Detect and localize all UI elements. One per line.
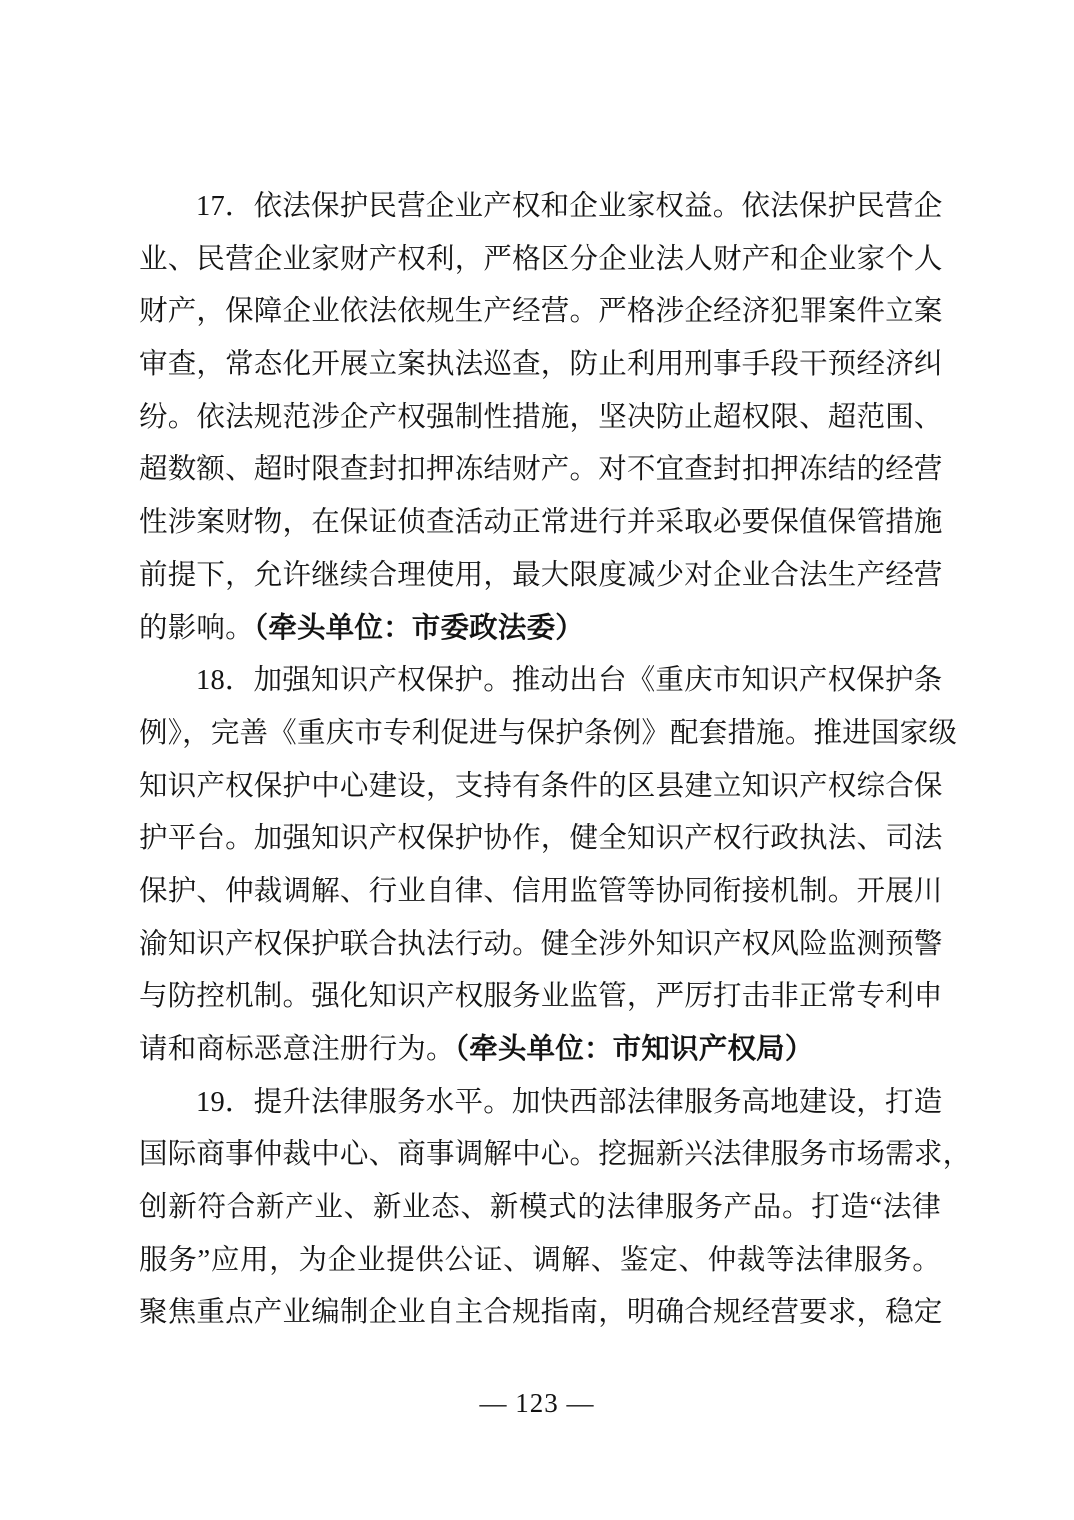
lead-unit-label: （牵头单位：市委政法委）	[254, 613, 584, 644]
text-line: 护平台。加强知识产权保护协作，健全知识产权行政执法、司法	[139, 813, 941, 866]
text-line: 财产，保障企业依法依规生产经营。严格涉企经济犯罪案件立案	[139, 286, 941, 339]
page-number: — 123 —	[0, 1383, 1074, 1423]
text-line: 与防控机制。强化知识产权服务业监管，严厉打击非正常专利申	[139, 971, 941, 1024]
text-line: 创新符合新产业、新业态、新模式的法律服务产品。打造“法律	[139, 1182, 941, 1235]
body-text: 服务”应用，为企业提供公证、调解、鉴定、仲裁等法律服务。	[139, 1245, 941, 1276]
lead-unit-label: （牵头单位：市知识产权局）	[455, 1034, 814, 1065]
body-text: 19．提升法律服务水平。加快西部法律服务高地建设，打造	[139, 1087, 942, 1118]
body-text: 超数额、超时限查封扣押冻结财产。对不宜查封扣押冻结的经营	[139, 454, 943, 485]
text-line: 性涉案财物，在保证侦查活动正常进行并采取必要保值保管措施	[139, 497, 941, 550]
text-line: 的影响。（牵头单位：市委政法委）	[139, 603, 941, 656]
body-text: 财产，保障企业依法依规生产经营。严格涉企经济犯罪案件立案	[139, 296, 943, 327]
text-line: 国际商事仲裁中心、商事调解中心。挖掘新兴法律服务市场需求，	[139, 1129, 941, 1182]
body-text: 保护、仲裁调解、行业自律、信用监管等协同衔接机制。开展川	[139, 876, 943, 907]
body-text: 审查，常态化开展立案执法巡查，防止利用刑事手段干预经济纠	[139, 349, 943, 380]
body-text-block: 17．依法保护民营企业产权和企业家权益。依法保护民营企业、民营企业家财产权利，严…	[139, 181, 941, 1340]
body-text: 国际商事仲裁中心、商事调解中心。挖掘新兴法律服务市场需求，	[139, 1139, 971, 1170]
body-text: 请和商标恶意注册行为。	[139, 1034, 455, 1065]
text-line: 17．依法保护民营企业产权和企业家权益。依法保护民营企	[139, 181, 941, 234]
body-text: 性涉案财物，在保证侦查活动正常进行并采取必要保值保管措施	[139, 507, 943, 538]
text-line: 知识产权保护中心建设，支持有条件的区县建立知识产权综合保	[139, 761, 941, 814]
text-line: 审查，常态化开展立案执法巡查，防止利用刑事手段干预经济纠	[139, 339, 941, 392]
body-text: 创新符合新产业、新业态、新模式的法律服务产品。打造“法律	[139, 1192, 941, 1223]
text-line: 前提下，允许继续合理使用，最大限度减少对企业合法生产经营	[139, 550, 941, 603]
body-text: 前提下，允许继续合理使用，最大限度减少对企业合法生产经营	[139, 560, 943, 591]
text-line: 19．提升法律服务水平。加快西部法律服务高地建设，打造	[139, 1077, 941, 1130]
body-text: 17．依法保护民营企业产权和企业家权益。依法保护民营企	[139, 191, 942, 222]
body-text: 业、民营企业家财产权利，严格区分企业法人财产和企业家个人	[139, 244, 943, 275]
text-line: 保护、仲裁调解、行业自律、信用监管等协同衔接机制。开展川	[139, 866, 941, 919]
text-line: 超数额、超时限查封扣押冻结财产。对不宜查封扣押冻结的经营	[139, 444, 941, 497]
body-text: 的影响。	[139, 613, 254, 644]
document-page: 17．依法保护民营企业产权和企业家权益。依法保护民营企业、民营企业家财产权利，严…	[0, 0, 1074, 1520]
text-line: 纷。依法规范涉企产权强制性措施，坚决防止超权限、超范围、	[139, 392, 941, 445]
body-text: 与防控机制。强化知识产权服务业监管，严厉打击非正常专利申	[139, 981, 943, 1012]
body-text: 例》，完善《重庆市专利促进与保护条例》配套措施。推进国家级	[139, 718, 957, 749]
text-line: 服务”应用，为企业提供公证、调解、鉴定、仲裁等法律服务。	[139, 1235, 941, 1288]
body-text: 聚焦重点产业编制企业自主合规指南，明确合规经营要求，稳定	[139, 1297, 943, 1328]
body-text: 护平台。加强知识产权保护协作，健全知识产权行政执法、司法	[139, 823, 943, 854]
text-line: 业、民营企业家财产权利，严格区分企业法人财产和企业家个人	[139, 234, 941, 287]
text-line: 聚焦重点产业编制企业自主合规指南，明确合规经营要求，稳定	[139, 1287, 941, 1340]
text-line: 18．加强知识产权保护。推动出台《重庆市知识产权保护条	[139, 655, 941, 708]
body-text: 渝知识产权保护联合执法行动。健全涉外知识产权风险监测预警	[139, 929, 943, 960]
text-line: 例》，完善《重庆市专利促进与保护条例》配套措施。推进国家级	[139, 708, 941, 761]
text-line: 渝知识产权保护联合执法行动。健全涉外知识产权风险监测预警	[139, 919, 941, 972]
text-line: 请和商标恶意注册行为。（牵头单位：市知识产权局）	[139, 1024, 941, 1077]
body-text: 18．加强知识产权保护。推动出台《重庆市知识产权保护条	[139, 665, 942, 696]
body-text: 纷。依法规范涉企产权强制性措施，坚决防止超权限、超范围、	[139, 402, 943, 433]
body-text: 知识产权保护中心建设，支持有条件的区县建立知识产权综合保	[139, 771, 943, 802]
